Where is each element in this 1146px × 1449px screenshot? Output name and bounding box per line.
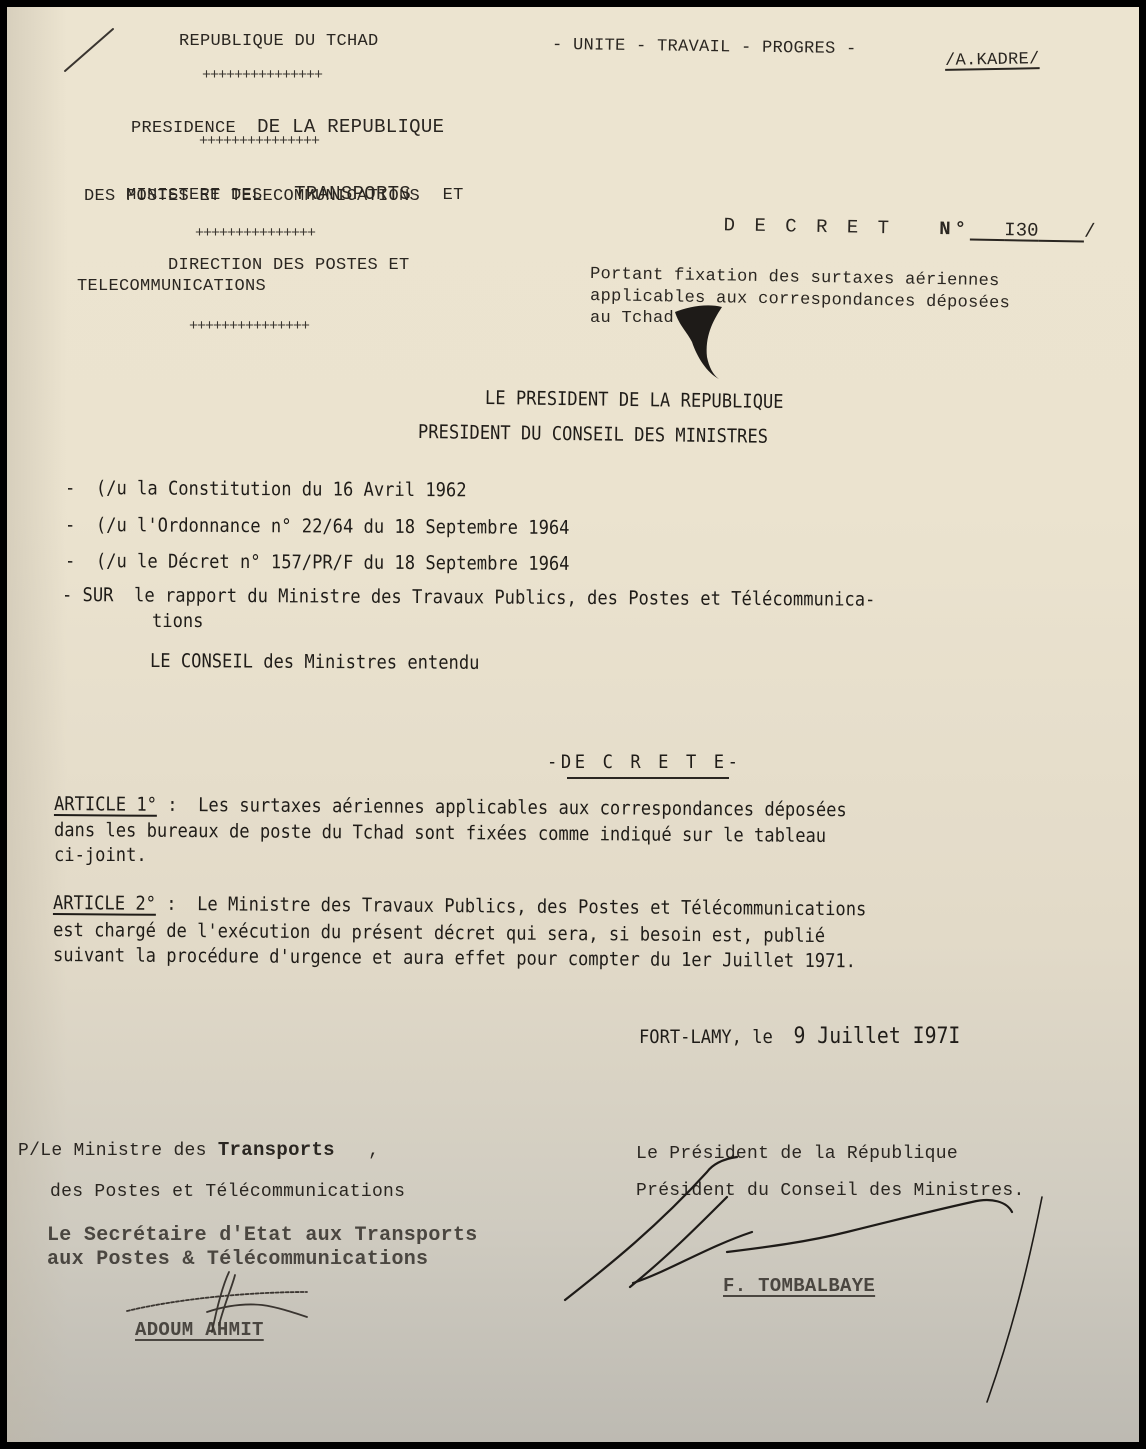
article-2-line2: est chargé de l'exécution du présent déc… [53, 919, 825, 947]
authority-line2: PRESIDENT DU CONSEIL DES MINISTRES [418, 421, 768, 448]
decree-title-text: D E C R E T [723, 214, 893, 239]
document-page: REPUBLIQUE DU TCHAD +++++++++++++++ PRES… [7, 7, 1139, 1442]
decree-title: D E C R E T N° I30 / [661, 191, 1100, 265]
decrete-heading: -DE C R E T E- [547, 751, 742, 773]
separator: +++++++++++++++ [189, 318, 309, 335]
decree-number-label: N° [939, 218, 970, 241]
separator: +++++++++++++++ [202, 67, 322, 84]
motto: - UNITE - TRAVAIL - PROGRES - [552, 36, 857, 59]
ink-blot-icon [675, 305, 722, 379]
consideration-item: - (/u la Constitution du 16 Avril 1962 [65, 477, 467, 501]
decree-number: I30 [970, 219, 1084, 243]
authority-line1: LE PRESIDENT DE LA REPUBLIQUE [485, 387, 784, 413]
separator: +++++++++++++++ [199, 133, 319, 150]
signatory-left-line1: P/Le Ministre des Transports , [18, 1139, 379, 1161]
pen-stroke-icon [65, 29, 113, 71]
date-value: 9 Juillet I97I [793, 1024, 960, 1049]
decrete-underline [567, 777, 729, 779]
article-1-line2: dans les bureaux de poste du Tchad sont … [54, 819, 826, 847]
article-1-line1: ARTICLE 1° : Les surtaxes aériennes appl… [54, 793, 847, 821]
republic-heading: REPUBLIQUE DU TCHAD [179, 32, 379, 51]
separator: +++++++++++++++ [195, 225, 315, 242]
article-2-line1: ARTICLE 2° : Le Ministre des Travaux Pub… [53, 892, 866, 920]
signatory-left-line3: Le Secrétaire d'Etat aux Transports [47, 1224, 478, 1247]
consideration-item: - SUR le rapport du Ministre des Travaux… [62, 584, 875, 611]
article-2-line3: suivant la procédure d'urgence et aura e… [53, 944, 856, 972]
signatory-right-line1: Le Président de la République [636, 1144, 958, 1164]
decree-subject-line3: au Tchad [590, 309, 674, 328]
stamp-kadre: /A.KADRE/ [945, 50, 1040, 71]
direction-heading-line1: DIRECTION DES POSTES ET [168, 256, 410, 275]
signatory-right-line2: Président du Conseil des Ministres. [636, 1181, 1025, 1201]
signatory-left-line2: des Postes et Télécommunications [50, 1182, 405, 1202]
place-label: FORT-LAMY, le [639, 1026, 773, 1048]
article-1-line3: ci-joint. [54, 844, 147, 866]
signatory-left-line4: aux Postes & Télécommunications [47, 1248, 428, 1271]
council-line: LE CONSEIL des Ministres entendu [150, 650, 480, 674]
consideration-item: - (/u le Décret n° 157/PR/F du 18 Septem… [65, 550, 570, 575]
consideration-item: - (/u l'Ordonnance n° 22/64 du 18 Septem… [65, 514, 570, 539]
direction-heading-line2: TELECOMMUNICATIONS [77, 277, 266, 296]
signatory-left-name: ADOUM AHMIT [135, 1319, 264, 1341]
ministry-et: ET [443, 186, 464, 205]
signatory-right-name: F. TOMBALBAYE [723, 1275, 875, 1297]
place-date: FORT-LAMY, le 9 Juillet I97I [639, 1024, 960, 1049]
article-2-label: ARTICLE 2° [53, 892, 156, 915]
consideration-continuation: tions [152, 610, 203, 632]
article-1-label: ARTICLE 1° [54, 793, 157, 816]
ministry-heading-line2: DES POSTES ET TELECOMMUNICATIONS [84, 187, 420, 206]
